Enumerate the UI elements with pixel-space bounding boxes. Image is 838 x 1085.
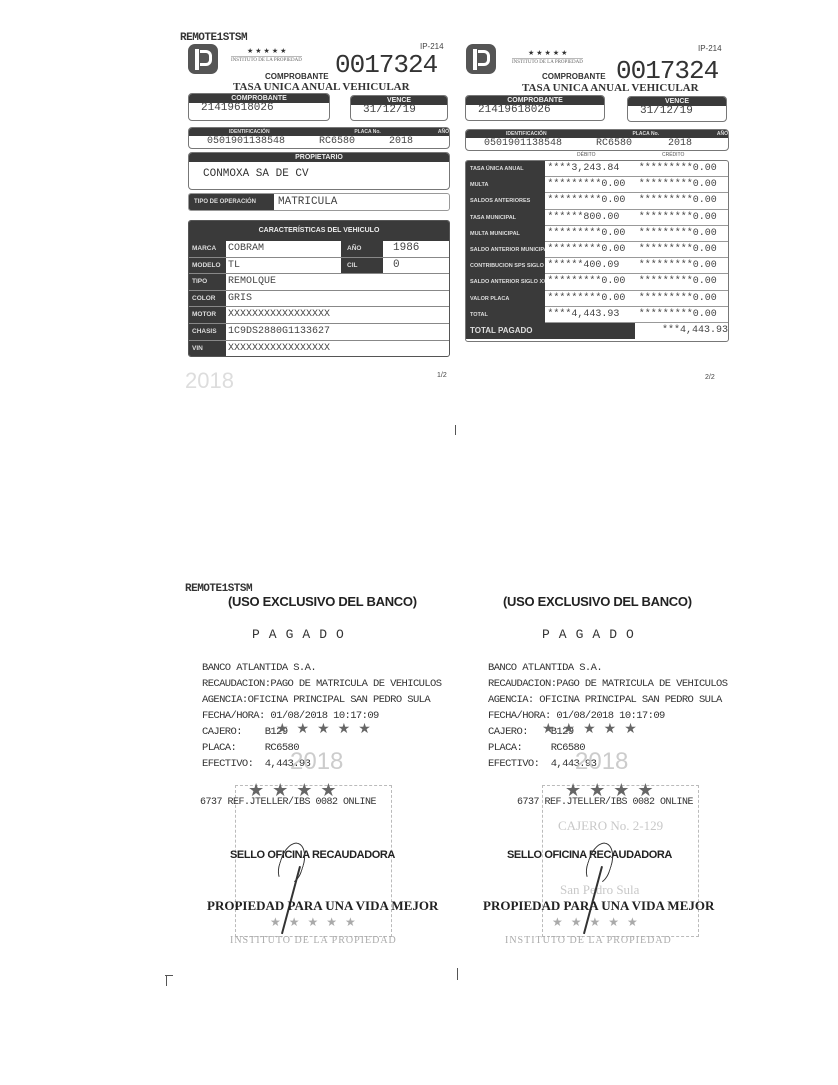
plate-value: RC6580 [596, 138, 668, 149]
operation-type-field: TIPO DE OPERACIÓN MATRICULA [188, 193, 450, 211]
receipt-title: TASA UNICA ANUAL VEHICULAR [522, 82, 699, 94]
fee-label: TASA ÚNICA ANUAL [466, 161, 545, 177]
comprobante-field: COMPROBANTE 21419618026 [188, 93, 330, 121]
fee-debit: *********0.00 [545, 177, 636, 193]
bank-slip-2: (USO EXCLUSIVO DEL BANCO) PAGADO BANCO A… [480, 580, 760, 960]
transaction-line: AGENCIA:OFICINA PRINCIPAL SAN PEDRO SULA [202, 692, 441, 708]
scan-mark [166, 976, 167, 986]
fee-row: SALDOS ANTERIORES*********0.00*********0… [466, 193, 728, 209]
stamp-text-city: San Pedro Sula [560, 882, 639, 898]
fee-debit: *********0.00 [545, 193, 636, 209]
fee-credit: *********0.00 [637, 161, 728, 177]
fee-row: TASA MUNICIPAL******800.00*********0.00 [466, 210, 728, 226]
fee-label: MULTA MUNICIPAL [466, 226, 545, 242]
fee-label: TASA MUNICIPAL [466, 210, 545, 226]
year-value: 2018 [389, 136, 413, 147]
vence-value: 31/12/19 [628, 106, 726, 117]
operation-value: MATRICULA [274, 194, 337, 210]
receipt-title: TASA UNICA ANUAL VEHICULAR [233, 81, 410, 93]
stamp-stars: ★★★★★ [542, 720, 645, 737]
fee-debit: ****3,243.84 [545, 161, 636, 177]
footer-stars: ★★★★★ [270, 915, 364, 929]
fee-credit: *********0.00 [637, 177, 728, 193]
fee-row: MULTA MUNICIPAL*********0.00*********0.0… [466, 226, 728, 242]
institute-name: INSTITUTO DE LA PROPIEDAD [512, 58, 583, 65]
fee-row: SALDO ANTERIOR MUNICIPAL*********0.00***… [466, 242, 728, 258]
fees-table: TASA ÚNICA ANUAL****3,243.84*********0.0… [465, 160, 729, 342]
identification-field: IDENTIFICACIÓN PLACA No. AÑO 05019011385… [465, 129, 729, 151]
page-number: 1/2 [437, 372, 447, 379]
bank-reference: 6737 REF.JTELLER/IBS 0082 ONLINE [200, 797, 376, 808]
debit-header: DÉBITO [577, 152, 596, 158]
fee-row: MULTA*********0.00*********0.00 [466, 177, 728, 193]
bank-use-title: (USO EXCLUSIVO DEL BANCO) [503, 594, 692, 609]
transaction-line: BANCO ATLANTIDA S.A. [202, 660, 441, 676]
scan-mark [455, 425, 456, 435]
vehicle-row-color: COLOR GRIS [189, 291, 449, 308]
identification-value: 0501901138548 [189, 136, 319, 147]
institute-name: INSTITUTO DE LA PROPIEDAD [231, 56, 302, 63]
vehicle-characteristics: CARACTERÍSTICAS DEL VEHICULO MARCA COBRA… [188, 220, 450, 357]
scan-mark [457, 968, 458, 980]
stamp-text-cashier: CAJERO No. 2-129 [558, 818, 663, 834]
receipt-page-1: ★★★★★ INSTITUTO DE LA PROPIEDAD IP-214 0… [185, 40, 453, 370]
motto: PROPIEDAD PARA UNA VIDA MEJOR [207, 898, 438, 914]
footer-stars: ★★★★★ [552, 915, 646, 929]
page-number: 2/2 [705, 374, 715, 381]
stars-decoration: ★★★★★ [247, 47, 288, 55]
fee-credit: *********0.00 [637, 307, 728, 323]
vehicle-row-chasis: CHASIS 1C9DS2880G1133627 [189, 324, 449, 341]
transaction-line: RECAUDACION:PAGO DE MATRICULA DE VEHICUL… [202, 676, 441, 692]
fee-label: MULTA [466, 177, 545, 193]
collection-office-stamp-label: SELLO OFICINA RECAUDADORA [230, 849, 395, 861]
stamp-stars: ★★★★★ [276, 720, 379, 737]
credit-header: CRÉDITO [662, 152, 684, 158]
fee-credit: *********0.00 [637, 226, 728, 242]
owner-value: CONMOXA SA DE CV [189, 162, 449, 180]
institute-logo-icon [188, 44, 218, 74]
fee-credit: *********0.00 [637, 242, 728, 258]
fee-row: TOTAL****4,443.93*********0.00 [466, 307, 728, 323]
total-paid-label: TOTAL PAGADO [466, 323, 635, 339]
comprobante-label: COMPROBANTE [265, 72, 329, 81]
stars-decoration: ★★★★★ [528, 49, 569, 57]
vehicle-row-tipo: TIPO REMOLQUE [189, 274, 449, 291]
comprobante-value: 21419618026 [189, 103, 329, 114]
fee-debit: ******400.09 [545, 258, 636, 274]
fee-label: SALDOS ANTERIORES [466, 193, 545, 209]
fee-label: TOTAL [466, 307, 545, 323]
comprobante-value: 21419618026 [466, 105, 604, 116]
fee-row: VALOR PLACA*********0.00*********0.00 [466, 291, 728, 307]
transaction-line: AGENCIA: OFICINA PRINCIPAL SAN PEDRO SUL… [488, 692, 727, 708]
paid-status: PAGADO [252, 627, 353, 642]
form-code: IP-214 [698, 44, 722, 53]
comprobante-label: COMPROBANTE [542, 72, 606, 81]
fee-row: SALDO ANTERIOR SIGLO XXI*********0.00***… [466, 274, 728, 290]
paid-status: PAGADO [542, 627, 643, 642]
fee-credit: *********0.00 [637, 291, 728, 307]
fee-credit: *********0.00 [637, 193, 728, 209]
institute-logo-icon [466, 44, 496, 74]
fee-debit: *********0.00 [545, 242, 636, 258]
total-paid-value: ***4,443.93 [635, 323, 728, 339]
institute-footer: INSTITUTO DE LA PROPIEDAD [230, 935, 397, 946]
stamp-year: 2018 [575, 748, 628, 776]
fee-debit: ******800.00 [545, 210, 636, 226]
vence-field: VENCE 31/12/19 [350, 95, 448, 121]
fee-label: SALDO ANTERIOR MUNICIPAL [466, 242, 545, 258]
bank-use-title: (USO EXCLUSIVO DEL BANCO) [228, 594, 417, 609]
transaction-line: RECAUDACION:PAGO DE MATRICULA DE VEHICUL… [488, 676, 727, 692]
fee-row: CONTRIBUCION SPS SIGLO XXI******400.09**… [466, 258, 728, 274]
vehicle-row-marca: MARCA COBRAM AÑO 1986 [189, 241, 449, 258]
fee-debit: *********0.00 [545, 274, 636, 290]
fee-label: CONTRIBUCION SPS SIGLO XXI [466, 258, 545, 274]
vehicle-row-vin: VIN XXXXXXXXXXXXXXXXX [189, 341, 449, 357]
vehicle-row-motor: MOTOR XXXXXXXXXXXXXXXXX [189, 307, 449, 324]
plate-value: RC6580 [319, 136, 389, 147]
vence-field: VENCE 31/12/19 [627, 96, 727, 122]
fee-row: TASA ÚNICA ANUAL****3,243.84*********0.0… [466, 161, 728, 177]
identification-value: 0501901138548 [466, 138, 596, 149]
vence-value: 31/12/19 [351, 105, 447, 116]
handwritten-year: 2018 [185, 368, 234, 394]
stamp-year: 2018 [290, 748, 343, 776]
institute-footer: INSTITUTO DE LA PROPIEDAD [505, 935, 672, 946]
fee-credit: *********0.00 [637, 274, 728, 290]
bank-reference: 6737 REF.JTELLER/IBS 0082 ONLINE [517, 797, 693, 808]
comprobante-field: COMPROBANTE 21419618026 [465, 95, 605, 121]
total-paid-row: TOTAL PAGADO ***4,443.93 [466, 323, 728, 339]
vehicle-row-modelo: MODELO TL CIL 0 [189, 258, 449, 275]
bank-slip-1: REMOTE1STSM (USO EXCLUSIVO DEL BANCO) PA… [180, 580, 460, 960]
fee-credit: *********0.00 [637, 210, 728, 226]
transaction-line: BANCO ATLANTIDA S.A. [488, 660, 727, 676]
receipt-page-2: ★★★★★ INSTITUTO DE LA PROPIEDAD IP-214 0… [462, 40, 730, 370]
fee-label: VALOR PLACA [466, 291, 545, 307]
fee-debit: *********0.00 [545, 291, 636, 307]
fee-debit: *********0.00 [545, 226, 636, 242]
fee-label: SALDO ANTERIOR SIGLO XXI [466, 274, 545, 290]
year-value: 2018 [668, 138, 692, 149]
identification-field: IDENTIFICACIÓN PLACA No. AÑO 05019011385… [188, 127, 450, 149]
receipt-number: 0017324 [335, 50, 437, 80]
motto: PROPIEDAD PARA UNA VIDA MEJOR [483, 898, 714, 914]
owner-field: PROPIETARIO CONMOXA SA DE CV [188, 152, 450, 190]
fee-credit: *********0.00 [637, 258, 728, 274]
fee-debit: ****4,443.93 [545, 307, 636, 323]
